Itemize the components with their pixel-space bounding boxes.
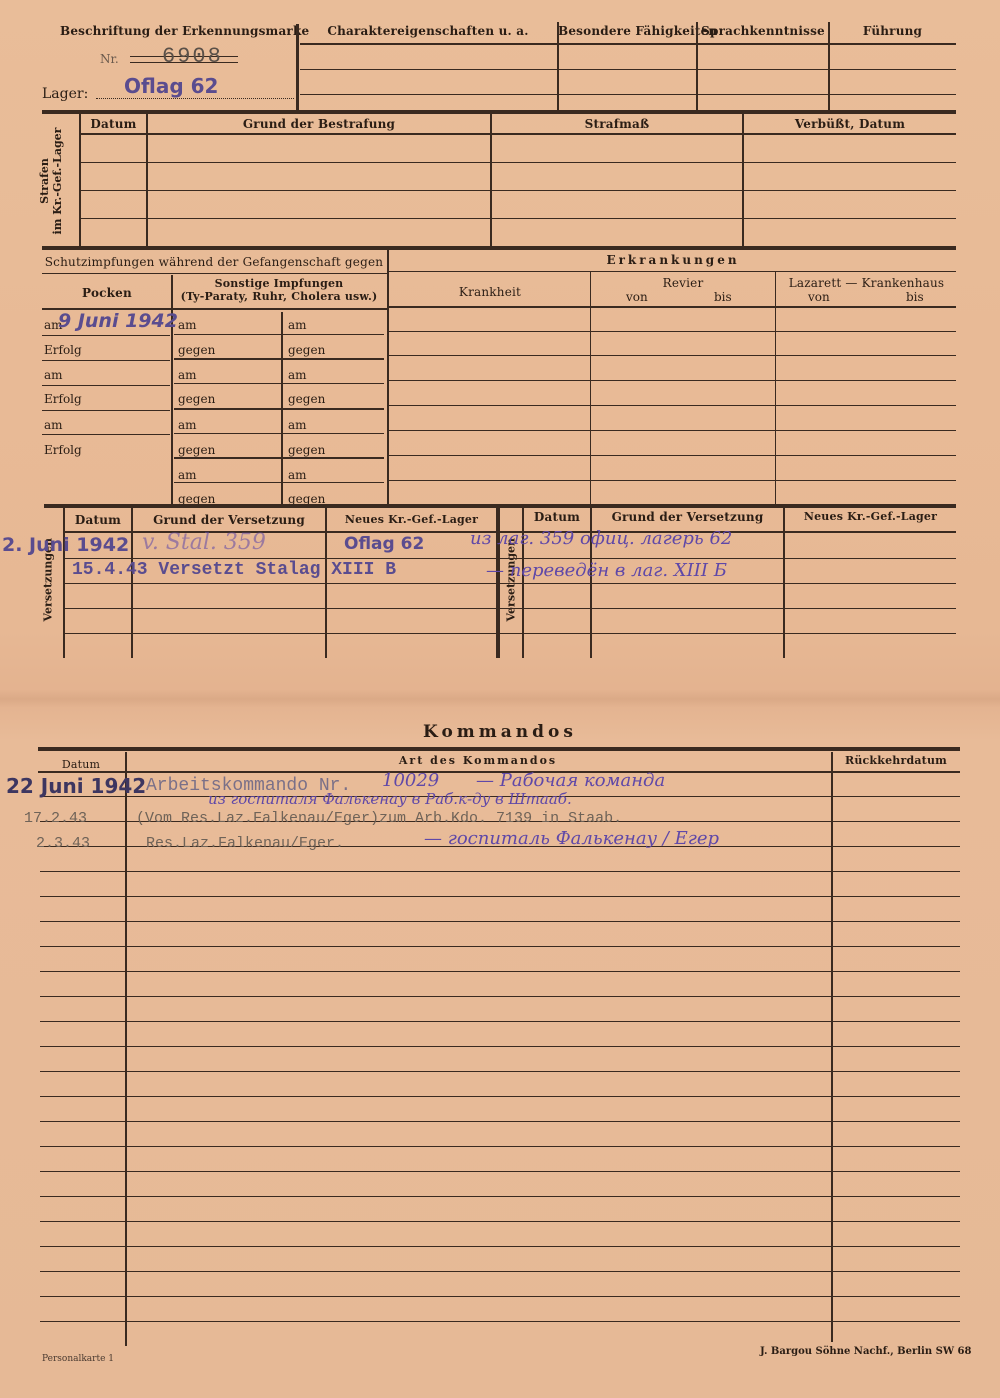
kommandos-col-rueckkehr: Rückkehrdatum <box>834 754 958 767</box>
rule <box>38 747 960 751</box>
rule <box>40 971 960 972</box>
strafen-label-2: im Kr.-Gef.-Lager <box>51 116 64 246</box>
col-pocken: Pocken <box>44 286 170 300</box>
sonstige-a-2: gegen <box>178 343 215 357</box>
revier-von: von <box>626 290 648 304</box>
rule <box>42 410 170 411</box>
sonstige-a-1: am <box>178 318 197 332</box>
vers-r-col-datum: Datum <box>524 510 590 524</box>
kommando-number: 10029 <box>382 770 439 791</box>
divider <box>296 24 299 110</box>
rule <box>40 1021 960 1022</box>
lager-label: Lager: <box>42 86 88 102</box>
kommandos-title: Kommandos <box>300 722 700 742</box>
divider <box>125 752 127 1346</box>
nr-label: Nr. <box>100 52 119 66</box>
col-sonstige: Sonstige Impfungen (Ty-Paraty, Ruhr, Cho… <box>174 277 384 303</box>
pocken-row-6: Erfolg <box>44 443 82 457</box>
rule <box>63 583 956 584</box>
rule <box>389 306 956 308</box>
kommando-date-4: 2.3.43 <box>36 835 90 852</box>
divider <box>828 22 830 110</box>
strafen-label-1: Strafen <box>38 116 51 246</box>
rule <box>63 608 956 609</box>
rule <box>174 408 384 410</box>
rule <box>40 1146 960 1147</box>
pocken-row-2: Erfolg <box>44 343 82 357</box>
rule <box>63 633 956 634</box>
rule <box>40 871 960 872</box>
rule <box>80 190 956 191</box>
rule <box>174 383 384 384</box>
vers-date-stamp: 2. Juni 1942 <box>2 534 129 556</box>
col-sprachen: Sprachkenntnisse <box>698 24 828 38</box>
rule <box>389 405 956 406</box>
strafen-col-datum: Datum <box>81 117 146 131</box>
rule <box>300 43 956 45</box>
sonstige-b-3: am <box>288 368 307 382</box>
rule <box>174 358 384 360</box>
rule <box>300 69 956 70</box>
rule <box>40 1096 960 1097</box>
col-sonstige-1: Sonstige Impfungen <box>174 277 384 290</box>
rule <box>80 133 956 135</box>
rule <box>40 996 960 997</box>
kommando-text-4: Res.Laz.Falkenau/Eger. <box>146 835 344 852</box>
lazarett-bis: bis <box>906 290 924 304</box>
rule <box>40 1171 960 1172</box>
rule <box>40 1271 960 1272</box>
rule <box>40 1221 960 1222</box>
sonstige-b-7: am <box>288 468 307 482</box>
rule <box>42 385 170 386</box>
rule <box>80 218 956 219</box>
rule <box>389 355 956 356</box>
rule <box>174 457 384 459</box>
sonstige-a-6: gegen <box>178 443 215 457</box>
erkrankungen-title: Erkrankungen <box>390 253 956 267</box>
sonstige-a-7: am <box>178 468 197 482</box>
sonstige-b-6: gegen <box>288 443 325 457</box>
sonstige-a-3: am <box>178 368 197 382</box>
col-krankheit: Krankheit <box>390 285 590 299</box>
sonstige-b-4: gegen <box>288 392 325 406</box>
strafen-side-label: Strafen im Kr.-Gef.-Lager <box>38 116 64 246</box>
rule <box>40 896 960 897</box>
rule <box>389 480 956 481</box>
vers-russian-note-2: — переведён в лаг. XIII Б <box>486 560 727 581</box>
rule <box>389 455 956 456</box>
sonstige-b-5: am <box>288 418 307 432</box>
rule <box>40 1246 960 1247</box>
printer-imprint: J. Bargou Söhne Nachf., Berlin SW 68 <box>760 1346 971 1357</box>
lazarett-von: von <box>808 290 830 304</box>
vers-camp-stamp: Oflag 62 <box>344 534 424 554</box>
rule <box>40 1196 960 1197</box>
rule <box>174 433 384 434</box>
rule <box>40 1071 960 1072</box>
form-id: Personalkarte 1 <box>42 1354 114 1364</box>
col-faehigkeiten: Besondere Fähigkeiten <box>558 24 696 38</box>
rule <box>389 380 956 381</box>
versetzungen-side-label-right: Versetzungen <box>505 542 518 622</box>
rule <box>42 273 388 274</box>
rule <box>389 430 956 431</box>
col-charakter: Charaktereigenschaften u. a. <box>300 24 556 38</box>
rule <box>389 331 956 332</box>
strafen-col-grund: Grund der Bestrafung <box>148 117 490 131</box>
rule <box>40 1321 960 1322</box>
kommandos-col-datum: Datum <box>38 758 124 771</box>
paper-fold <box>0 690 1000 708</box>
vers-l-col-grund: Grund der Versetzung <box>133 513 325 527</box>
revier-bis: bis <box>714 290 732 304</box>
rule <box>42 434 170 435</box>
col-sonstige-2: (Ty-Paraty, Ruhr, Cholera usw.) <box>174 290 384 303</box>
rule <box>63 558 956 559</box>
vers-reason-handwritten: v. Stal. 359 <box>142 530 266 555</box>
erkennungsmarke-header: Beschriftung der Erkennungsmarke <box>60 24 280 38</box>
rule <box>174 334 384 335</box>
lager-stamp: Oflag 62 <box>124 74 218 98</box>
vers-l-col-datum: Datum <box>65 513 131 527</box>
vers-russian-note-1: из лаг. 359 офиц. лагерь 62 <box>470 528 732 549</box>
rule <box>40 946 960 947</box>
strafen-col-strafmass: Strafmaß <box>492 117 742 131</box>
pocken-row-4: Erfolg <box>44 392 82 406</box>
vers-r-col-lager: Neues Kr.-Gef.-Lager <box>785 510 956 523</box>
rule <box>42 335 170 336</box>
rule <box>44 504 956 508</box>
kommandos-col-art: Art des Kommandos <box>128 754 828 767</box>
col-fuehrung: Führung <box>830 24 955 38</box>
vers-r-col-grund: Grund der Versetzung <box>592 510 783 524</box>
rule <box>389 271 956 272</box>
sonstige-a-5: am <box>178 418 197 432</box>
rule <box>42 246 956 250</box>
divider <box>831 752 833 1342</box>
impfungen-title: Schutzimpfungen während der Gefangenscha… <box>44 255 384 269</box>
rule <box>80 162 956 163</box>
rule <box>42 110 956 114</box>
rule <box>40 921 960 922</box>
col-revier: Revier <box>592 276 774 290</box>
kommando-russian-2: из госпиталя Фалькенау в Раб.к-ду в Штаа… <box>208 790 572 808</box>
sonstige-a-4: gegen <box>178 392 215 406</box>
kommando-date-3: 17.2.43 <box>24 810 87 827</box>
rule <box>40 1046 960 1047</box>
strafen-col-verbuesst: Verbüßt, Datum <box>744 117 956 131</box>
pocken-date-stamp: 9 Juni 1942 <box>58 310 178 332</box>
rule <box>40 1296 960 1297</box>
rule <box>174 482 384 483</box>
kommando-russian-1: — Рабочая команда <box>476 770 665 791</box>
rule <box>40 1121 960 1122</box>
vers-typed-entry: 15.4.43 Versetzt Stalag XIII B <box>72 560 396 580</box>
col-lazarett: Lazarett — Krankenhaus <box>777 276 956 290</box>
divider <box>696 22 698 110</box>
kommando-russian-4: — госпиталь Фалькенау / Егер <box>424 828 719 849</box>
kommando-text-3: (Vom Res.Laz.Falkenau/Eger)zum Arb.Kdo. … <box>136 810 622 827</box>
rule <box>42 360 170 361</box>
sonstige-b-2: gegen <box>288 343 325 357</box>
pocken-row-5: am <box>44 418 63 432</box>
lager-line <box>96 98 294 99</box>
pocken-row-3: am <box>44 368 63 382</box>
divider <box>387 250 389 504</box>
vers-l-col-lager: Neues Kr.-Gef.-Lager <box>327 513 496 526</box>
sonstige-b-1: am <box>288 318 307 332</box>
divider <box>557 22 559 110</box>
rule <box>300 94 956 95</box>
nr-value: 6908 <box>162 44 223 69</box>
kommando-date-1: 22 Juni 1942 <box>6 774 146 798</box>
